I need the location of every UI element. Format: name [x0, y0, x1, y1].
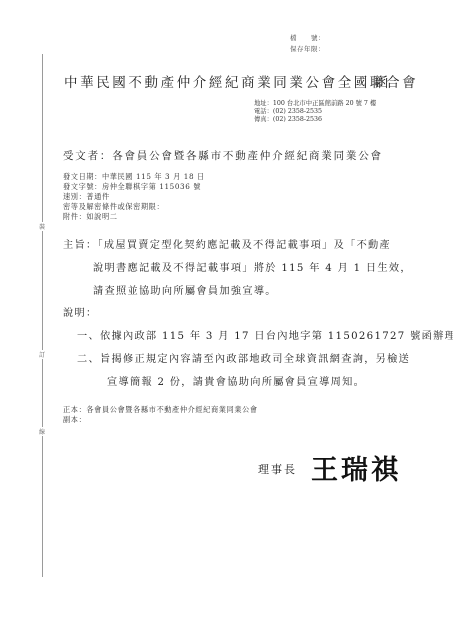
archive-retention: 保存年限：: [290, 44, 325, 53]
binding-line: [42, 54, 43, 577]
signature-title: 理事長: [258, 461, 297, 477]
letterhead-contact: 地址：100 台北市中正區館前路 20 號 7 樓 電話：(02) 2358-2…: [254, 100, 376, 124]
item-number: 一、: [77, 331, 100, 342]
binding-mark-zhuang: 裝: [35, 222, 49, 231]
item-text: 旨揭修正規定內容請至內政部地政司全球資訊網查詢，另檢送: [100, 354, 410, 365]
issue-classification: 密等及解密條件或保密期限：: [63, 202, 205, 212]
explanation: 說明： 一、依據內政部 115 年 3 月 17 日台內地字第 11502617…: [63, 302, 453, 394]
subject: 主旨：「成屋買賣定型化契約應記載及不得記載事項」及「不動產 說明書應記載及不得記…: [63, 234, 412, 303]
explanation-item-2-cont: 宣導簡報 2 份，請貴會協助向所屬會員宣導周知。: [63, 371, 453, 394]
subject-line-3: 請查照並協助向所屬會員加強宣導。: [63, 280, 412, 303]
phone: 電話：(02) 2358-2535: [254, 108, 376, 116]
issue-info: 發文日期：中華民國 115 年 3 月 18 日 發文字號：房仲全聯棋字第 11…: [63, 172, 205, 222]
issue-speed: 速別：普通件: [63, 192, 205, 202]
item-text: 依據內政部 115 年 3 月 17 日台內地字第 1150261727 號函辦…: [100, 331, 453, 342]
issue-attachment: 附件：如說明二: [63, 212, 205, 222]
item-number: 二、: [77, 354, 100, 365]
binding-mark-xian: 線: [35, 427, 49, 436]
issue-date: 發文日期：中華民國 115 年 3 月 18 日: [63, 172, 205, 182]
signature-name: 王瑞祺: [311, 448, 401, 487]
fax: 傳真：(02) 2358-2536: [254, 116, 376, 124]
subject-line-2: 說明書應記載及不得記載事項」將於 115 年 4 月 1 日生效，: [63, 257, 412, 280]
issue-number: 發文字號：房仲全聯棋字第 115036 號: [63, 182, 205, 192]
distribution-original: 正本：各會員公會暨各縣市不動產仲介經紀商業同業公會: [63, 405, 258, 415]
letterhead-doc-type: 函: [375, 71, 391, 91]
explanation-item-1: 一、依據內政部 115 年 3 月 17 日台內地字第 1150261727 號…: [63, 325, 453, 348]
distribution: 正本：各會員公會暨各縣市不動產仲介經紀商業同業公會 副本：: [63, 405, 258, 425]
explanation-heading: 說明：: [63, 302, 453, 325]
subject-line-1: 主旨：「成屋買賣定型化契約應記載及不得記載事項」及「不動產: [63, 234, 412, 257]
explanation-item-2: 二、旨揭修正規定內容請至內政部地政司全球資訊網查詢，另檢送: [63, 348, 453, 371]
distribution-copy: 副本：: [63, 415, 258, 425]
address: 地址：100 台北市中正區館前路 20 號 7 樓: [254, 100, 376, 108]
letterhead-organization: 中華民國不動產仲介經紀商業同業公會全國聯合會: [64, 71, 418, 91]
binding-mark-ding: 訂: [35, 350, 49, 359]
recipient: 受文者：各會員公會暨各縣市不動產仲介經紀商業同業公會: [63, 148, 383, 163]
archive-file-no: 檔 號：: [290, 33, 325, 42]
